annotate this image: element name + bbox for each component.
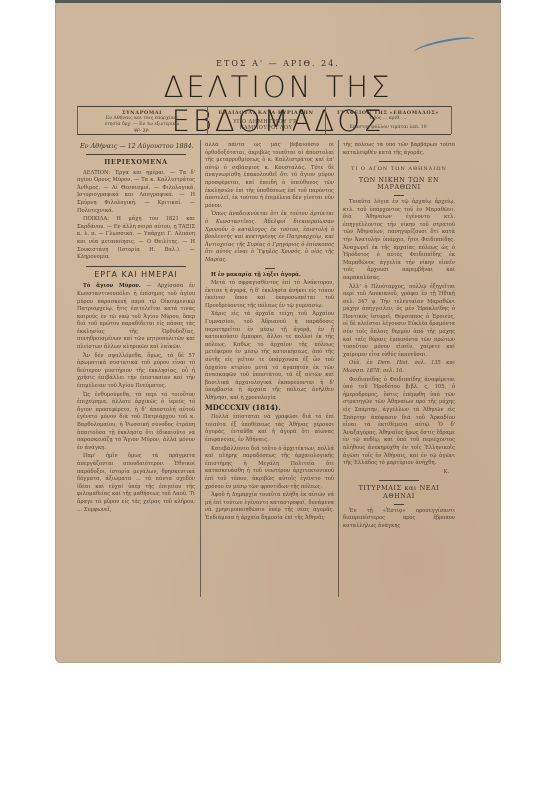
article-paragraph: Ἀλλ' ὁ Πλούταρχος, πολλῷ ἐξηγεῖται περί … [343,284,455,360]
divider [379,161,419,162]
article-paragraph: Πολλά ἐπίσταται νά γραφῶσι διά τό ἐπί το… [205,414,334,444]
article-paragraph: Τοιαῦτα λόγια ἐν τῷ ἀρχαίῳ ἀρχείῳ, κτλ. … [343,199,455,283]
divider [86,266,186,267]
masthead-rule-bottom [77,134,451,135]
article-paragraph: Ἄν δέν σφαλλόμεθα, ὅμως, τά δέ 57 ἀρωματ… [77,353,195,391]
column-1: ΠΕΡΙΕΧΟΜΕΝΑ ΔΕΛΤΙΟΝ: Έργα και ημέραι. — … [77,154,195,598]
article-paragraph: Κατεβάλλοντο διά τοῦτο ὁ ἀρχιτέκτων, πολ… [205,446,334,492]
article-paragraph: Χάρις εἰς τά ἀρχαῖα τείχη τοῦ Ἀρχαίου Γυ… [205,311,334,402]
office-address: Οδός ... αριθ. ... [327,116,449,122]
masthead-rule-top [77,106,451,107]
section-heading-marathon: ΤΩΝ ΝΙΚΗΝ ΤΩΝ ΕΝ ΜΑΡΑΘΩΝΙ [343,177,455,192]
article-paragraph: Φειδιππίδης ὁ Φειδιππίδης ἀναφέρεται ὑπό… [343,377,455,468]
office-price: Εκαστον φύλλον τιμάται λεπ. 10 [327,125,449,131]
column-2: ἀλλά πάντα ὡς μάς βεβαιοῦσιν οἱ ὀρθοδοξό… [205,142,334,598]
column-divider-1 [200,140,201,597]
box-border-left [77,106,78,134]
article-paragraph: τῆς πόλεως τά ὑπό τῶν βαρβάρων τοῦτο κατ… [343,142,455,157]
column-divider-2 [338,140,339,597]
citation: Οὐλ. ἐν Dem. Hist. σελ. 135 και Μωσσπ. 1… [343,360,455,375]
box-separator-1 [207,106,208,134]
divider [86,154,186,155]
section-subheading-marathon: ΤΙ Ο ΑΓΩΝ ΤΩΝ ΑΘΗΝΑΙΩΝ [343,166,455,174]
publisher-box: ΕΚΔΙΔΟΤΑΙ ΚΑΤΑ ΚΥΡΙΑΚΗΝ ΥΠΟ ΔΗΜΗΤΡΙΟΥ ΓΡ… [209,110,323,132]
article-text: — Αρχίσασα ἐν Κωνσταντινουπόλει ἡ ἐπίσημ… [77,283,195,350]
dateline: Εν Αθήναις — 12 Αύγουστου 1884. [80,142,194,150]
roman-year: ΜDCCCXIV (1814). [205,403,281,412]
article-paragraph: Ὡς ἐνθυμούμεθα, τά περί τό τοιοῦτον ἐπιχ… [77,392,195,453]
contents-deltion: ΔΕΛΤΙΟΝ: Έργα και ημέραι. — Τα δ' αγίου … [77,170,195,216]
divider [379,480,419,481]
office-box: ΓΡΑΦΕΙΟΝ ΤΗΣ «ΕΒΔΟΜΑΔΟΣ» Οδός ... αριθ. … [327,110,449,132]
subscription-box: ΣΥΝΔΡΟΜΑΙ Εν Αθήναις και ταις επαρχίαις … [79,110,205,132]
article-lead-agora: Η ἐν μακαρίᾳ τῇ λήξει ἀγορά. [211,272,301,278]
article-paragraph: Παρ' ἡμῖν ὅμως τά πράγματα ἀπεργάζονται … [77,453,195,514]
contents-poikila: ΠΟΙΚΙΛΑ: Η μάχη του 1821 και Σαρδάνου. —… [77,216,195,262]
pencil-mark [412,35,475,58]
article-paragraph: Μετά τό σφραγισθέντος ἐπί τό Ἀνάκτορον, … [205,280,334,310]
box-separator-2 [325,106,326,134]
article-paragraph: Ἐν τῇ «Ἑστίᾳ» προσεγγίσαντι διαπρεπέστερ… [343,508,455,531]
scan-top-edge [55,0,501,3]
contents-heading: ΠΕΡΙΕΧΟΜΕΝΑ [77,159,195,167]
article-lead-myron: Τό ἅγιον Μύρον. [83,283,141,289]
column-3: τῆς πόλεως τά ὑπό τῶν βαρβάρων τοῦτο κατ… [343,142,455,598]
article-paragraph: Ἀφοῦ ἡ Δημαρχία τοιαῦτα πλήθη ἐκ αὐτῶν ν… [205,492,334,522]
divider [394,504,404,505]
edition-line: ΕΤΟΣ Α' — ΑΡΙΘ. 24. [55,59,501,68]
divider [394,195,404,196]
newspaper-page: ΕΤΟΣ Α' — ΑΡΙΘ. 24. ΔΕΛΤΙΟΝ ΤΗΣ ΕΒΔΟΜΑΔΟ… [55,2,501,663]
section-heading-athens: ΤΙΤΥΡΜΑΙΣ και ΝΕΑΙ ΑΘΗΝΑΙ [343,485,455,500]
section-heading-erga: ΕΡΓΑ ΚΑΙ ΗΜΕΡΑΙ [77,271,195,279]
box-border-right [451,106,452,134]
article-paragraph: Ὅπως ἀναδεικνύεται ὅτι ἐκ τούτου ἀρτύετα… [205,211,334,264]
publisher-heading: ΕΚΔΙΔΟΤΑΙ ΚΑΤΑ ΚΥΡΙΑΚΗΝ [209,110,323,116]
article-paragraph: ἀλλά πάντα ὡς μάς βεβαιοῦσιν οἱ ὀρθοδοξό… [205,142,334,210]
signature: Κ. [343,469,455,477]
divider [265,268,275,269]
publisher-name: ΥΠΟ ΔΗΜΗΤΡΙΟΥ ΓΡ. ΚΑΜΠΟΥΡΟΓΛΟΥ [209,119,323,131]
